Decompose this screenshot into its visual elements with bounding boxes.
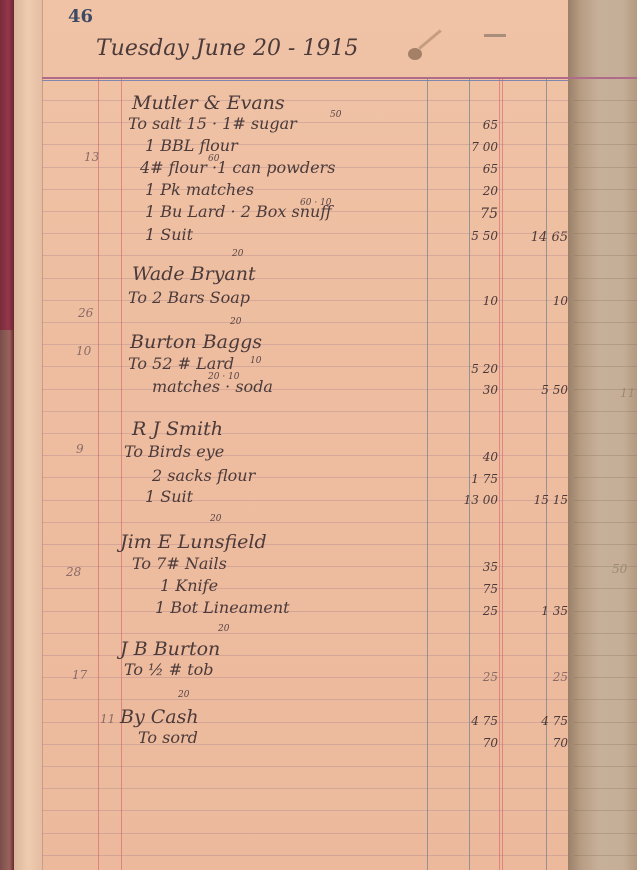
- item-amount: 40: [470, 450, 498, 464]
- item-amount: 30: [470, 383, 498, 397]
- account-name: Mutler & Evans: [132, 92, 285, 114]
- description-column-rule: [121, 78, 122, 870]
- line-item: 4# flour ·1 can powders: [140, 158, 335, 177]
- account-name: Wade Bryant: [132, 263, 256, 285]
- entry-total: 14 65: [510, 230, 568, 245]
- facing-page-mark: 11: [620, 386, 635, 400]
- facing-ledger-rule: [574, 100, 637, 101]
- margin-number: 9: [76, 442, 84, 456]
- total-column-rule-double: [502, 78, 503, 870]
- facing-ledger-rule: [574, 144, 637, 145]
- line-item: To sord: [138, 728, 198, 747]
- entry-day: 20: [218, 624, 229, 634]
- facing-ledger-rule: [574, 255, 637, 256]
- entry-total-2: 70: [520, 736, 568, 750]
- facing-page-edge: [568, 0, 637, 870]
- facing-ledger-rule: [574, 788, 637, 789]
- facing-ledger-rule: [574, 766, 637, 767]
- facing-ledger-rule: [574, 300, 637, 301]
- item-amount: 75: [470, 582, 498, 596]
- facing-ledger-rule: [574, 233, 637, 234]
- entry-day: 20: [230, 317, 241, 327]
- facing-ledger-rule: [574, 677, 637, 678]
- item-amount: 35: [470, 560, 498, 574]
- item-amount: 65: [470, 162, 498, 176]
- line-item-note: 10: [250, 356, 261, 366]
- total-cents-rule: [546, 78, 547, 870]
- margin-number: 10: [76, 344, 91, 358]
- facing-ledger-rule: [574, 566, 637, 567]
- item-amount: 65: [470, 118, 498, 132]
- entry-total: 25: [520, 670, 568, 684]
- line-item: 2 sacks flour: [152, 466, 255, 485]
- line-item: To 2 Bars Soap: [128, 288, 250, 307]
- item-amount: 25: [470, 604, 498, 618]
- facing-ledger-rule: [574, 322, 637, 323]
- facing-ledger-rule: [574, 833, 637, 834]
- line-item: To Birds eye: [124, 442, 224, 461]
- amount-column-rule: [427, 78, 428, 870]
- line-item: 1 Suit: [145, 225, 193, 244]
- facing-ledger-rule: [574, 189, 637, 190]
- line-item-note: 20 · 10: [208, 372, 240, 382]
- entry-day: 20: [232, 249, 243, 259]
- line-item-note: 60 · 10: [300, 198, 332, 208]
- line-item: 1 Knife: [160, 576, 218, 595]
- facing-ledger-rule: [574, 633, 637, 634]
- margin-column-rule: [98, 78, 99, 870]
- facing-ledger-rule: [574, 344, 637, 345]
- line-item: 1 Bot Lineament: [155, 598, 290, 617]
- facing-ledger-rule: [574, 433, 637, 434]
- account-name: By Cash: [120, 706, 199, 728]
- facing-page-mark: 50: [612, 562, 627, 576]
- item-amount: 1 75: [445, 472, 498, 486]
- item-amount: 10: [470, 294, 498, 308]
- facing-ledger-rule: [574, 411, 637, 412]
- account-name: R J Smith: [132, 418, 223, 440]
- line-item: To ½ # tob: [124, 660, 214, 679]
- item-amount: 7 00: [452, 140, 498, 154]
- pencil-dash-mark: [484, 34, 506, 37]
- facing-ledger-rule: [574, 722, 637, 723]
- header-rule-red: [42, 77, 637, 79]
- entry-day: 20: [210, 514, 221, 524]
- margin-number: 28: [66, 565, 81, 579]
- entry-total: 4 75: [510, 714, 568, 728]
- facing-ledger-rule: [574, 366, 637, 367]
- line-item: 1 Pk matches: [145, 180, 254, 199]
- facing-ledger-rule: [574, 699, 637, 700]
- item-amount: 5 20: [440, 362, 498, 376]
- facing-ledger-rule: [574, 211, 637, 212]
- line-item: To 7# Nails: [132, 554, 227, 573]
- line-item: To salt 15 · 1# sugar: [128, 114, 297, 133]
- line-item: 1 Suit: [145, 487, 193, 506]
- margin-number: 13: [84, 150, 99, 164]
- page-number: 46: [68, 6, 93, 27]
- facing-ledger-rule: [574, 122, 637, 123]
- line-item: To 52 # Lard: [128, 354, 234, 373]
- line-item-note: 50: [330, 110, 341, 120]
- entry-total: 10: [520, 294, 568, 308]
- facing-ledger-rule: [574, 744, 637, 745]
- item-amount: 5 50: [452, 229, 498, 243]
- entry-total: 1 35: [520, 604, 568, 618]
- facing-ledger-rule: [574, 522, 637, 523]
- facing-ledger-rule: [574, 611, 637, 612]
- account-name: J B Burton: [120, 638, 220, 660]
- facing-ledger-rule: [574, 544, 637, 545]
- line-item: 1 BBL flour: [145, 136, 238, 155]
- account-name: Burton Baggs: [130, 331, 262, 353]
- item-amount: 70: [470, 736, 498, 750]
- facing-ledger-rule: [574, 278, 637, 279]
- entry-total: 15 15: [510, 493, 568, 507]
- date-heading: Tuesday June 20 - 1915: [96, 36, 358, 61]
- binding-wear: [0, 330, 14, 870]
- facing-ledger-rule: [574, 655, 637, 656]
- item-amount: 4 75: [440, 714, 498, 728]
- entry-day: 20: [178, 690, 189, 700]
- total-column-rule: [499, 78, 500, 870]
- account-name: Jim E Lunsfield: [120, 531, 267, 553]
- margin-number: 26: [78, 306, 93, 320]
- page-gutter: [14, 0, 43, 870]
- item-amount: 75: [470, 206, 498, 222]
- item-amount: 13 00: [430, 493, 498, 507]
- margin-number: 11: [100, 712, 115, 726]
- facing-ledger-rule: [574, 455, 637, 456]
- item-amount: 25: [470, 670, 498, 684]
- facing-ledger-rule: [574, 477, 637, 478]
- facing-ledger-rule: [574, 855, 637, 856]
- item-amount: 20: [470, 184, 498, 198]
- facing-ledger-rule: [574, 500, 637, 501]
- line-item-note: 60: [208, 154, 219, 164]
- facing-ledger-rule: [574, 588, 637, 589]
- facing-ledger-rule: [574, 810, 637, 811]
- entry-total: 5 50: [520, 383, 568, 397]
- margin-number: 17: [72, 668, 87, 682]
- facing-ledger-rule: [574, 167, 637, 168]
